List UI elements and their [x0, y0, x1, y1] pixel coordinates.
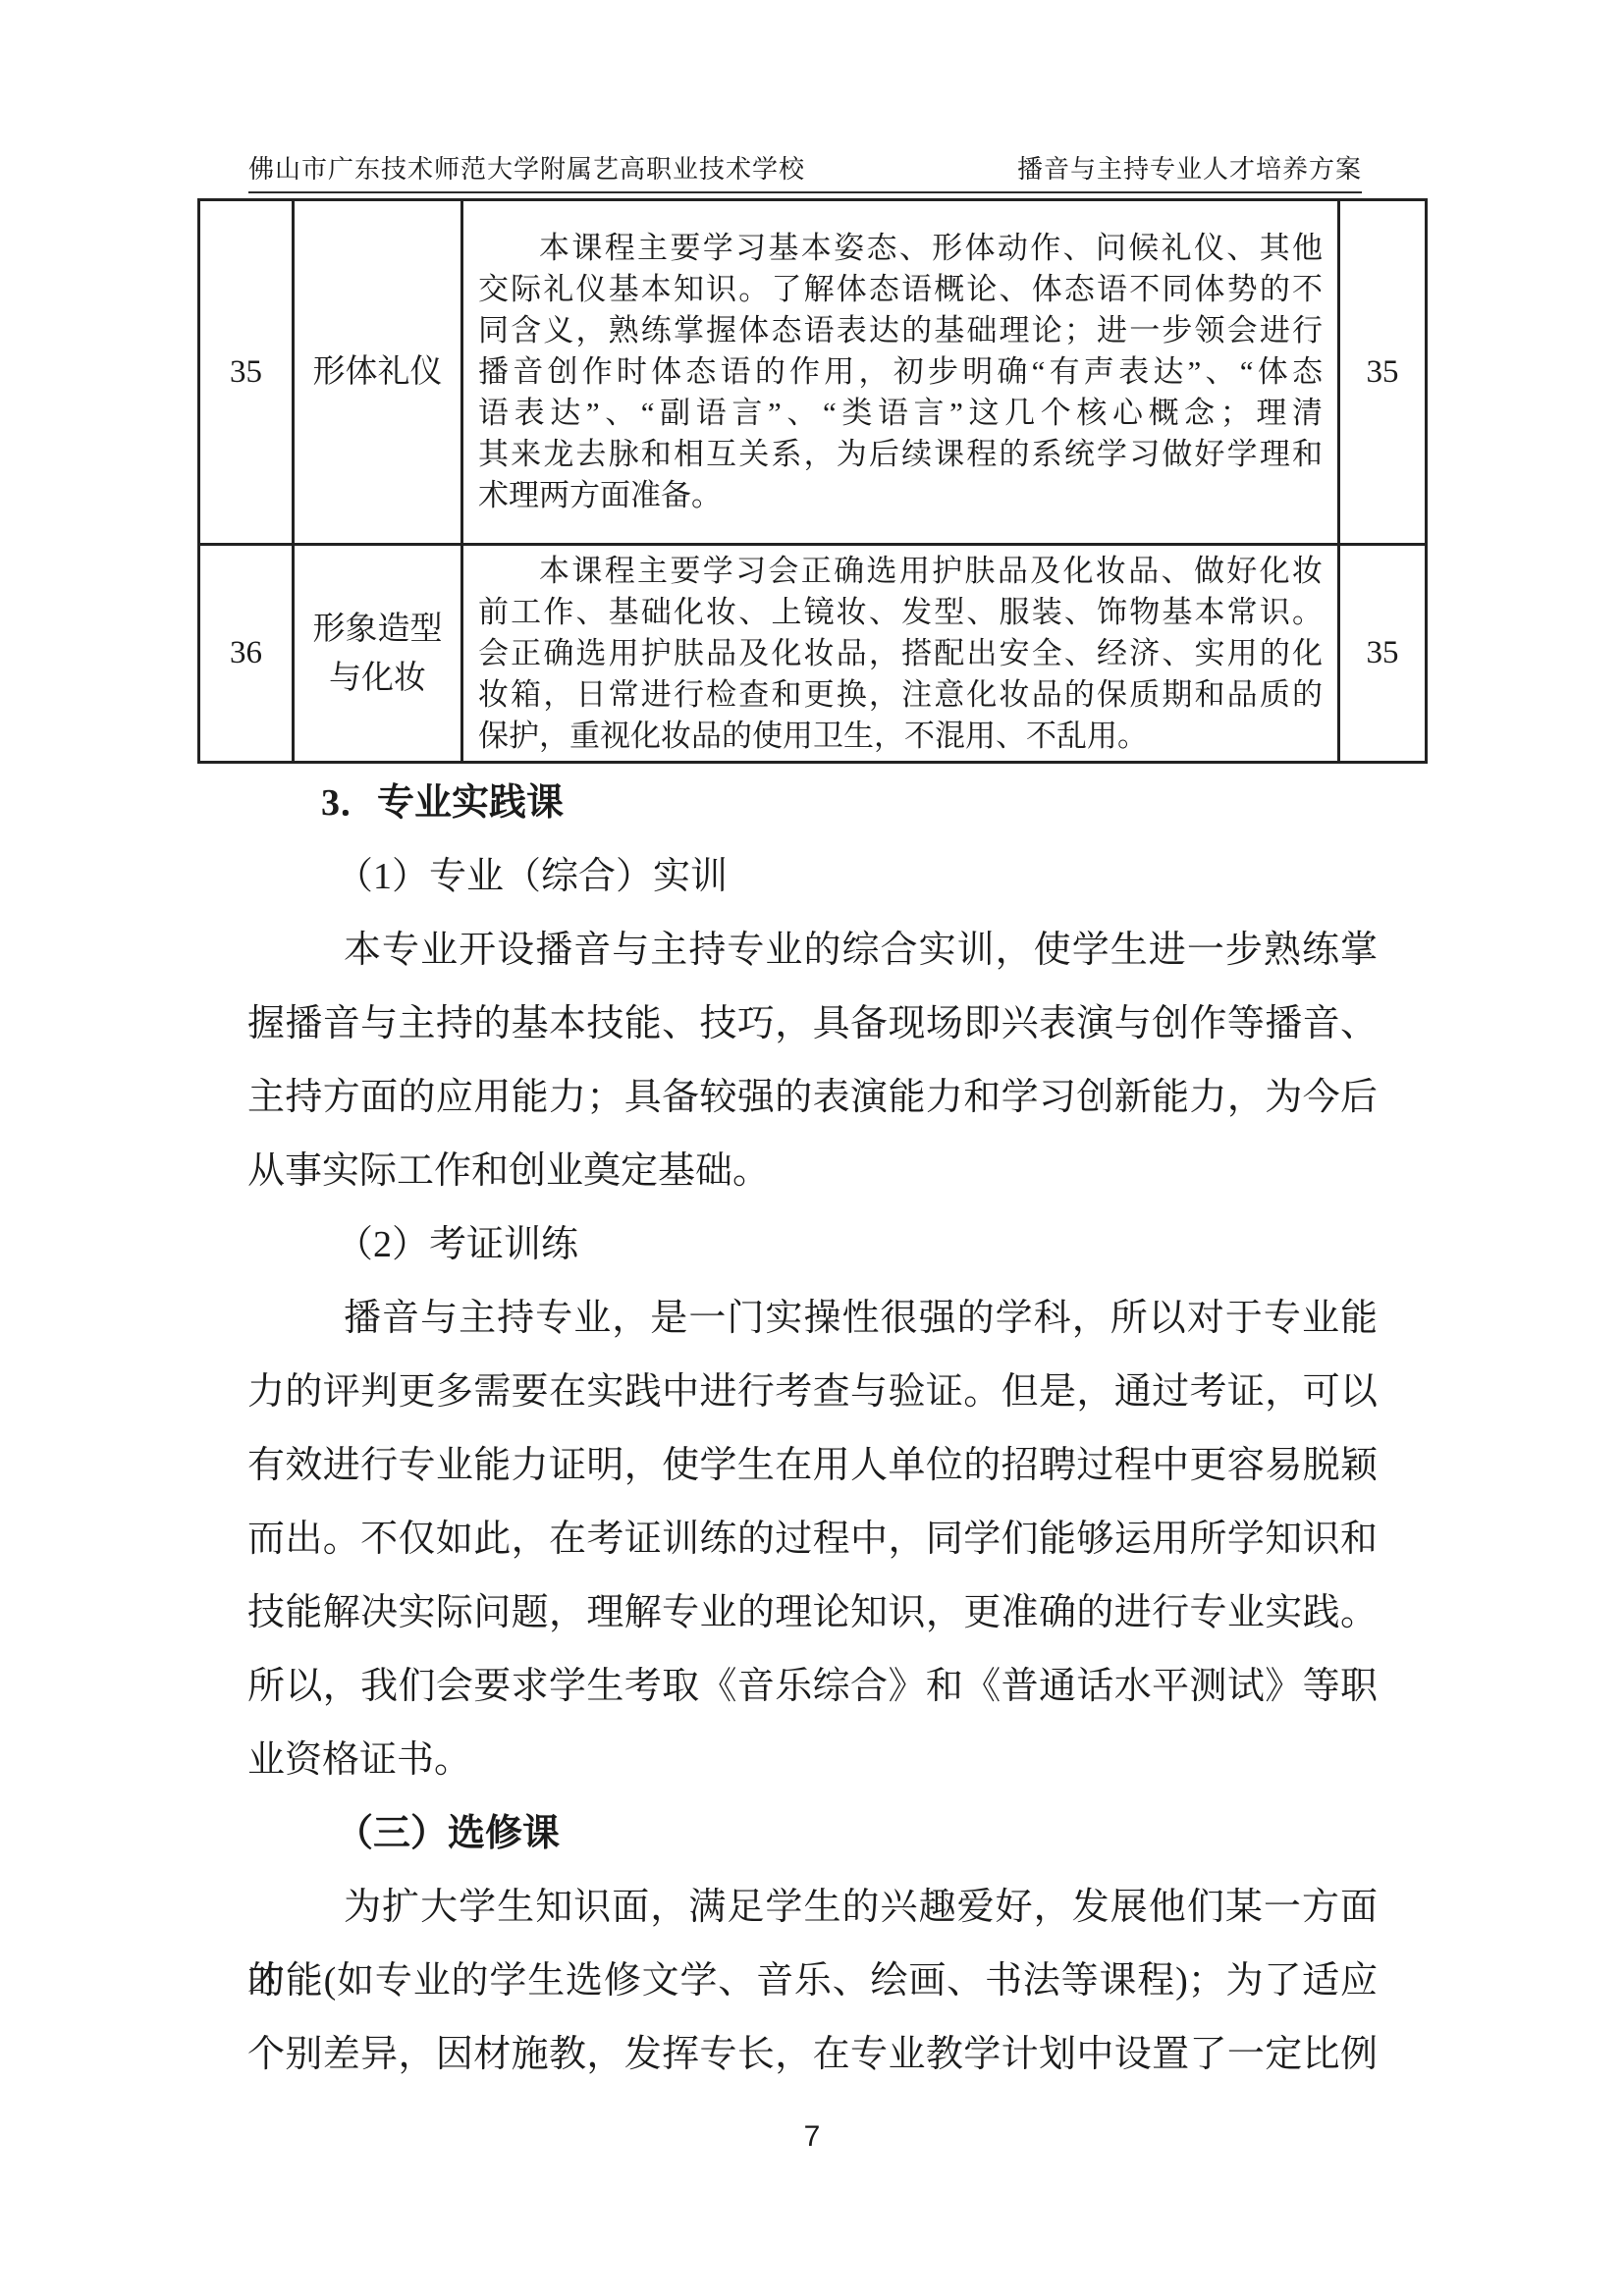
desc-line: 其来龙去脉和相互关系，为后续课程的系统学习做好学理和 — [478, 434, 1323, 475]
paragraph-line: 从事实际工作和创业奠定基础。 — [247, 1135, 1378, 1208]
course-name-line: 与化妆 — [296, 654, 460, 703]
desc-line: 妆箱，日常进行检查和更换，注意化妆品的保质期和品质的 — [478, 674, 1323, 716]
cell-course-description: 本课程主要学习会正确选用护肤品及化妆品、做好化妆 前工作、基础化妆、上镜妆、发型… — [462, 545, 1339, 763]
desc-line: 本课程主要学习基本姿态、形体动作、问候礼仪、其他 — [478, 228, 1323, 269]
paragraph-line: 有效进行专业能力证明，使学生在用人单位的招聘过程中更容易脱颖 — [247, 1429, 1378, 1503]
desc-line: 交际礼仪基本知识。了解体态语概论、体态语不同体势的不 — [478, 269, 1323, 310]
section-heading-elective-course: （三）选修课 — [247, 1797, 1378, 1871]
course-name-line: 形象造型 — [296, 605, 460, 654]
cell-course-name: 形体礼仪 — [294, 200, 462, 545]
desc-line: 术理两方面准备。 — [478, 475, 1323, 516]
cell-course-number: 35 — [199, 200, 294, 545]
paragraph-line: 技能解决实际问题，理解专业的理论知识，更准确的进行专业实践。 — [247, 1576, 1378, 1650]
paragraph-line: 而出。不仅如此，在考证训练的过程中，同学们能够运用所学知识和 — [247, 1503, 1378, 1576]
paragraph-line: 个别差异，因材施教，发挥专长，在专业教学计划中设置了一定比例 — [247, 2018, 1378, 2092]
header-doc-title: 播音与主持专业人才培养方案 — [1017, 153, 1362, 187]
desc-line: 前工作、基础化妆、上镜妆、发型、服装、饰物基本常识。 — [478, 592, 1323, 633]
desc-line: 播音创作时体态语的作用，初步明确“有声表达”、“体态 — [478, 351, 1323, 393]
paragraph-line: 握播音与主持的基本技能、技巧，具备现场即兴表演与创作等播音、 — [247, 988, 1378, 1061]
cell-course-hours: 35 — [1339, 200, 1427, 545]
paragraph-line: 为扩大学生知识面，满足学生的兴趣爱好，发展他们某一方面的 — [247, 1871, 1378, 1945]
table-row-35: 35 形体礼仪 本课程主要学习基本姿态、形体动作、问候礼仪、其他 交际礼仪基本知… — [199, 200, 1427, 545]
paragraph-line: 才能(如专业的学生选修文学、音乐、绘画、书法等课程)；为了适应 — [247, 1945, 1378, 2018]
table-row-36: 36 形象造型 与化妆 本课程主要学习会正确选用护肤品及化妆品、做好化妆 前工作… — [199, 545, 1427, 763]
header-school-name: 佛山市广东技术师范大学附属艺高职业技术学校 — [248, 153, 805, 187]
page-number: 7 — [0, 2120, 1624, 2154]
desc-line: 保护，重视化妆品的使用卫生，不混用、不乱用。 — [478, 716, 1323, 757]
course-name-line: 形体礼仪 — [296, 347, 460, 397]
cell-course-hours: 35 — [1339, 545, 1427, 763]
sub-heading-comprehensive-training: （1）专业（综合）实训 — [247, 840, 1378, 914]
paragraph-line: 本专业开设播音与主持专业的综合实训，使学生进一步熟练掌 — [247, 914, 1378, 988]
paragraph-line: 力的评判更多需要在实践中进行考查与验证。但是，通过考证，可以 — [247, 1356, 1378, 1429]
paragraph-line: 主持方面的应用能力；具备较强的表演能力和学习创新能力，为今后 — [247, 1061, 1378, 1135]
section-heading-practice-course: 3．专业实践课 — [247, 767, 1378, 840]
sub-heading-certificate-training: （2）考证训练 — [247, 1208, 1378, 1282]
desc-line: 语表达”、“副语言”、“类语言”这几个核心概念；理清 — [478, 393, 1323, 434]
cell-course-name: 形象造型 与化妆 — [294, 545, 462, 763]
paragraph-line: 业资格证书。 — [247, 1724, 1378, 1797]
cell-course-number: 36 — [199, 545, 294, 763]
page-header: 佛山市广东技术师范大学附属艺高职业技术学校 播音与主持专业人才培养方案 — [248, 153, 1362, 193]
cell-course-description: 本课程主要学习基本姿态、形体动作、问候礼仪、其他 交际礼仪基本知识。了解体态语概… — [462, 200, 1339, 545]
course-table: 35 形体礼仪 本课程主要学习基本姿态、形体动作、问候礼仪、其他 交际礼仪基本知… — [197, 198, 1428, 764]
desc-line: 同含义，熟练掌握体态语表达的基础理论；进一步领会进行 — [478, 310, 1323, 351]
paragraph-line: 所以，我们会要求学生考取《音乐综合》和《普通话水平测试》等职 — [247, 1650, 1378, 1724]
paragraph-line: 播音与主持专业，是一门实操性很强的学科，所以对于专业能 — [247, 1282, 1378, 1356]
body-text: 3．专业实践课 （1）专业（综合）实训 本专业开设播音与主持专业的综合实训，使学… — [247, 767, 1378, 2092]
desc-line: 本课程主要学习会正确选用护肤品及化妆品、做好化妆 — [478, 551, 1323, 592]
document-page: 佛山市广东技术师范大学附属艺高职业技术学校 播音与主持专业人才培养方案 35 形… — [0, 0, 1624, 2296]
desc-line: 会正确选用护肤品及化妆品，搭配出安全、经济、实用的化 — [478, 633, 1323, 674]
